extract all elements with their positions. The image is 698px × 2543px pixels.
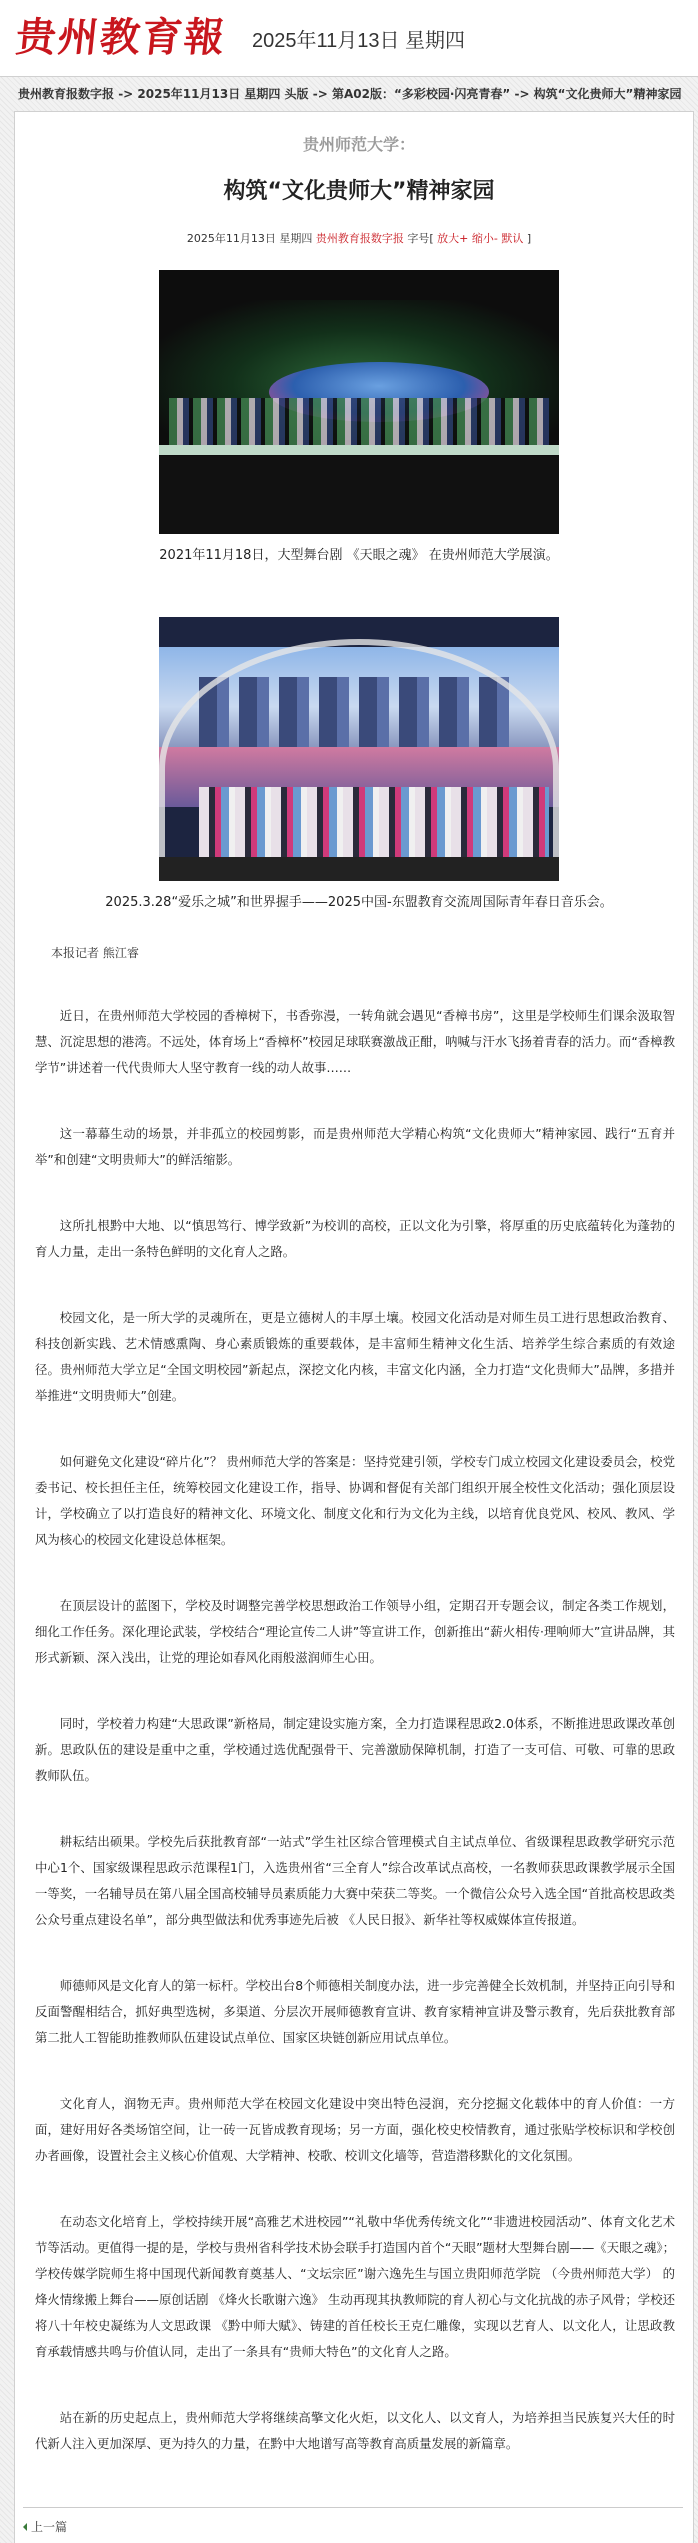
page-background: 贵州教育报数字报 -> 2025年11月13日 星期四 头版 -> 第A02版：…	[0, 77, 698, 2543]
triangle-left-icon	[23, 2523, 27, 2531]
breadcrumb-item-issue[interactable]: 2025年11月13日 星期四 头版	[137, 87, 308, 101]
stage-play-photo	[159, 270, 559, 534]
font-shrink-button[interactable]: 缩小-	[472, 232, 498, 245]
breadcrumb-separator: ->	[510, 87, 533, 101]
breadcrumb: 贵州教育报数字报 -> 2025年11月13日 星期四 头版 -> 第A02版：…	[14, 77, 694, 111]
figure-caption: 2021年11月18日，大型舞台剧 《天眼之魂》 在贵州师范大学展演。	[35, 544, 683, 563]
font-size-label: 字号[	[407, 232, 433, 245]
previous-article-link[interactable]: 上一篇	[23, 2518, 683, 2543]
article-paragraph: 同时，学校着力构建“大思政课”新格局，制定建设实施方案，全力打造课程思政2.0体…	[35, 1711, 683, 1789]
font-size-bracket: ]	[527, 232, 531, 245]
byline: 本报记者 熊江睿	[35, 944, 683, 961]
concert-stage-photo	[159, 617, 559, 881]
article-kicker: 贵州师范大学：	[35, 112, 683, 166]
font-enlarge-button[interactable]: 放大+	[437, 232, 468, 245]
masthead: 贵州教育報 2025年11月13日 星期四	[0, 0, 698, 77]
article-date: 2025年11月13日 星期四	[187, 232, 313, 245]
article-paragraph: 师德师风是文化育人的第一标杆。学校出台8个师德相关制度办法，进一步完善健全长效机…	[35, 1973, 683, 2051]
figure-caption: 2025.3.28“爱乐之城”和世界握手——2025中国-东盟教育交流周国际青年…	[35, 891, 683, 910]
previous-article-label[interactable]: 上一篇	[31, 2518, 67, 2535]
article-headline: 构筑“文化贵师大”精神家园	[35, 174, 683, 214]
article-paragraph: 文化育人，润物无声。贵州师范大学在校园文化建设中突出特色浸润，充分挖掘文化载体中…	[35, 2091, 683, 2169]
article-paragraph: 这一幕幕生动的场景，并非孤立的校园剪影，而是贵州师范大学精心构筑“文化贵师大”精…	[35, 1121, 683, 1173]
newspaper-logo[interactable]: 贵州教育報	[14, 18, 228, 58]
article-paragraph: 这所扎根黔中大地、以“慎思笃行、博学致新”为校训的高校，正以文化为引擎，将厚重的…	[35, 1213, 683, 1265]
article-paragraph: 近日，在贵州师范大学校园的香樟树下，书香弥漫，一转角就会遇见“香樟书房”，这里是…	[35, 1003, 683, 1081]
font-default-button[interactable]: 默认	[501, 232, 523, 245]
footer-divider	[23, 2507, 683, 2508]
figure-stage-play: 2021年11月18日，大型舞台剧 《天眼之魂》 在贵州师范大学展演。	[35, 270, 683, 563]
article-paragraph: 站在新的历史起点上，贵州师范大学将继续高擎文化火炬，以文化人、以文育人，为培养担…	[35, 2405, 683, 2457]
article-paragraph: 耕耘结出硕果。学校先后获批教育部“一站式”学生社区综合管理模式自主试点单位、省级…	[35, 1829, 683, 1933]
article-paragraph: 在顶层设计的蓝图下，学校及时调整完善学校思想政治工作领导小组，定期召开专题会议，…	[35, 1593, 683, 1671]
breadcrumb-separator: ->	[114, 87, 137, 101]
breadcrumb-item-section[interactable]: 第A02版：“多彩校园·闪亮青春”	[332, 87, 510, 101]
breadcrumb-item-home[interactable]: 贵州教育报数字报	[18, 87, 114, 101]
article-container: 贵州师范大学： 构筑“文化贵师大”精神家园 2025年11月13日 星期四 贵州…	[14, 111, 694, 2543]
article-meta: 2025年11月13日 星期四 贵州教育报数字报 字号[ 放大+ 缩小- 默认 …	[35, 230, 683, 246]
masthead-date: 2025年11月13日 星期四	[252, 24, 465, 53]
breadcrumb-item-article: 构筑“文化贵师大”精神家园	[534, 87, 682, 101]
article-paragraph: 如何避免文化建设“碎片化”？ 贵州师范大学的答案是：坚持党建引领，学校专门成立校…	[35, 1449, 683, 1553]
figure-concert: 2025.3.28“爱乐之城”和世界握手——2025中国-东盟教育交流周国际青年…	[35, 617, 683, 910]
breadcrumb-separator: ->	[309, 87, 332, 101]
source-link[interactable]: 贵州教育报数字报	[316, 232, 404, 245]
article-paragraph: 在动态文化培育上，学校持续开展“高雅艺术进校园”“礼敬中华优秀传统文化”“非遗进…	[35, 2209, 683, 2365]
article-paragraph: 校园文化，是一所大学的灵魂所在，更是立德树人的丰厚土壤。校园文化活动是对师生员工…	[35, 1305, 683, 1409]
